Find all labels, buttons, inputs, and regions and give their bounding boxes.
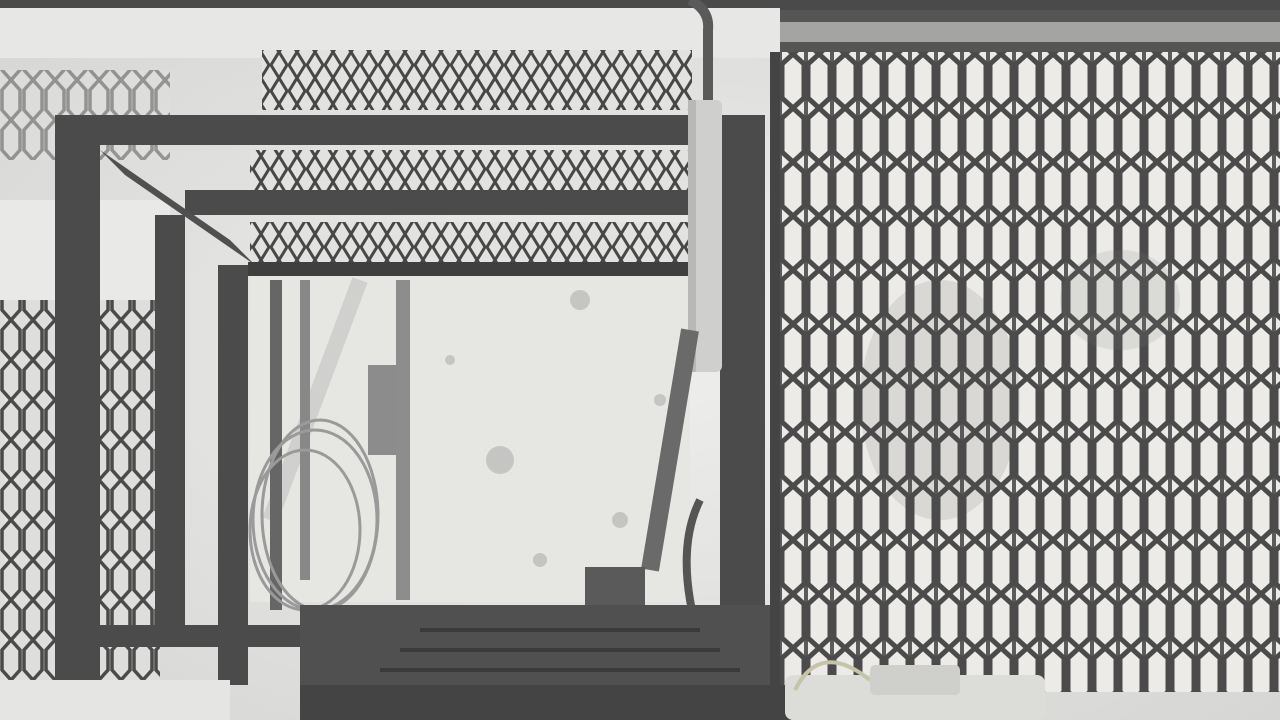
bucket	[585, 567, 645, 605]
mesh-panel-right	[770, 52, 1280, 692]
grating-floor	[300, 605, 800, 720]
far-wall	[250, 272, 690, 602]
mesh-panel-top	[250, 50, 692, 270]
webcam-photo	[0, 0, 1280, 720]
scene-drawing	[0, 0, 1280, 720]
